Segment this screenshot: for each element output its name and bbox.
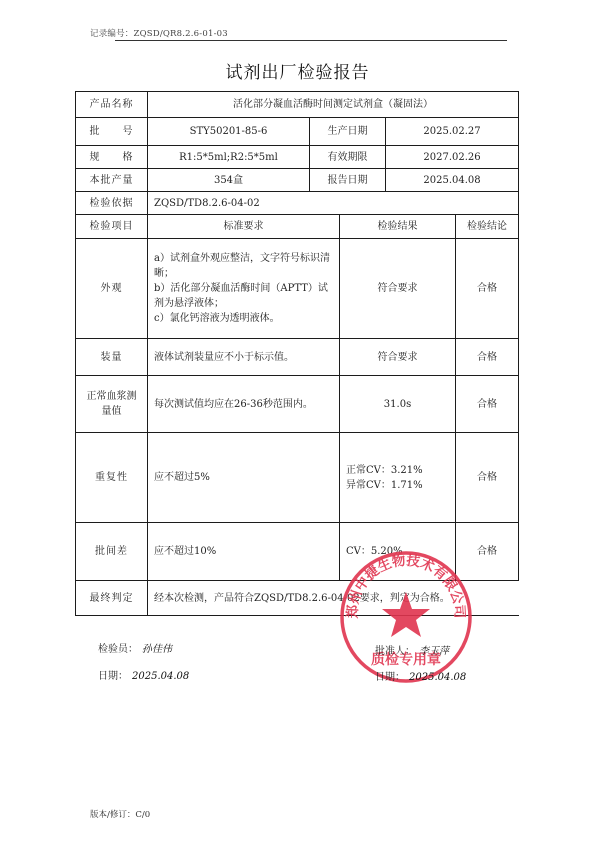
approver-date-label: 日期：: [375, 672, 405, 683]
header-conclusion: 检验结论: [456, 215, 519, 239]
header-item: 检验项目: [76, 215, 148, 239]
item-result: 31.0s: [340, 376, 456, 433]
header-divider: [115, 40, 507, 41]
row-basis: 检验依据 ZQSD/TD8.2.6-04-02: [76, 192, 519, 215]
approver-date-value: 2025.04.08: [409, 672, 466, 683]
approver-date: 日期：2025.04.08: [375, 668, 466, 683]
item-row-appearance: 外观 a）试剂盒外观应整洁，文字符号标识清晰； b）活化部分凝血活酶时间（APT…: [76, 239, 519, 339]
expiry-label: 有效期限: [310, 146, 386, 169]
item-conclusion: 合格: [456, 433, 519, 523]
standard-line: c）氯化钙溶液为透明液体。: [154, 311, 335, 326]
item-standard: 应不超过5%: [148, 433, 340, 523]
spec-value: R1:5*5ml;R2:5*5ml: [148, 146, 310, 169]
production-date-value: 2025.02.27: [386, 118, 519, 146]
quantity-value: 354盒: [148, 169, 310, 192]
inspector-signature-value: 孙佳伟: [142, 644, 172, 655]
spec-label: 规 格: [76, 146, 148, 169]
row-batch: 批 号 STY50201-85-6 生产日期 2025.02.27: [76, 118, 519, 146]
basis-label: 检验依据: [76, 192, 148, 215]
inspector-signature: 检验员：孙佳伟: [98, 640, 172, 655]
item-standard: 应不超过10%: [148, 523, 340, 581]
result-line: 异常CV：1.71%: [346, 478, 451, 493]
item-conclusion: 合格: [456, 339, 519, 376]
approver-signature: 批准人：李玉萍: [375, 642, 449, 657]
item-row-normal-plasma: 正常血浆测量值 每次测试值均应在26-36秒范围内。 31.0s 合格: [76, 376, 519, 433]
expiry-value: 2027.02.26: [386, 146, 519, 169]
report-title: 试剂出厂检验报告: [0, 58, 595, 83]
row-spec: 规 格 R1:5*5ml;R2:5*5ml 有效期限 2027.02.26: [76, 146, 519, 169]
standard-line: b）活化部分凝血活酶时间（APTT）试剂为悬浮液体；: [154, 281, 335, 311]
approver-label: 批准人：: [375, 646, 415, 657]
final-judgment-label: 最终判定: [76, 581, 148, 616]
inspector-date: 日期：2025.04.08: [98, 667, 189, 682]
item-row-fill-volume: 装量 液体试剂装量应不小于标示值。 符合要求 合格: [76, 339, 519, 376]
item-standard: 液体试剂装量应不小于标示值。: [148, 339, 340, 376]
product-name-label: 产品名称: [76, 92, 148, 118]
item-name: 正常血浆测量值: [76, 376, 148, 433]
inspector-date-value: 2025.04.08: [132, 671, 189, 682]
item-standard: a）试剂盒外观应整洁，文字符号标识清晰； b）活化部分凝血活酶时间（APTT）试…: [148, 239, 340, 339]
item-conclusion: 合格: [456, 239, 519, 339]
record-number-value: ZQSD/QR8.2.6-01-03: [134, 29, 228, 39]
row-product-name: 产品名称 活化部分凝血活酶时间测定试剂盒（凝固法）: [76, 92, 519, 118]
batch-value: STY50201-85-6: [148, 118, 310, 146]
production-date-label: 生产日期: [310, 118, 386, 146]
item-name: 装量: [76, 339, 148, 376]
quality-inspection-stamp: 郑州中捷生物技术有限公司 质检专用章: [337, 548, 475, 686]
header-standard: 标准要求: [148, 215, 340, 239]
approver-signature-value: 李玉萍: [419, 646, 449, 657]
header-result: 检验结果: [340, 215, 456, 239]
basis-value: ZQSD/TD8.2.6-04-02: [148, 192, 519, 215]
item-result: 符合要求: [340, 239, 456, 339]
stamp-seal-icon: 郑州中捷生物技术有限公司 质检专用章: [337, 548, 475, 686]
item-result: 正常CV：3.21% 异常CV：1.71%: [340, 433, 456, 523]
product-name-value: 活化部分凝血活酶时间测定试剂盒（凝固法）: [148, 92, 519, 118]
report-date-label: 报告日期: [310, 169, 386, 192]
inspection-report-table: 产品名称 活化部分凝血活酶时间测定试剂盒（凝固法） 批 号 STY50201-8…: [75, 91, 518, 616]
row-items-header: 检验项目 标准要求 检验结果 检验结论: [76, 215, 519, 239]
record-number: 记录编号：ZQSD/QR8.2.6-01-03: [90, 27, 228, 39]
item-result: 符合要求: [340, 339, 456, 376]
result-line: 正常CV：3.21%: [346, 463, 451, 478]
quantity-label: 本批产量: [76, 169, 148, 192]
item-row-repeatability: 重复性 应不超过5% 正常CV：3.21% 异常CV：1.71% 合格: [76, 433, 519, 523]
report-date-value: 2025.04.08: [386, 169, 519, 192]
item-name: 重复性: [76, 433, 148, 523]
record-number-label: 记录编号：: [90, 29, 134, 39]
item-name: 外观: [76, 239, 148, 339]
standard-line: a）试剂盒外观应整洁，文字符号标识清晰；: [154, 251, 335, 281]
batch-label: 批 号: [76, 118, 148, 146]
item-conclusion: 合格: [456, 376, 519, 433]
item-name: 批间差: [76, 523, 148, 581]
version-revision: 版本/修订：C/0: [90, 808, 150, 820]
row-quantity: 本批产量 354盒 报告日期 2025.04.08: [76, 169, 519, 192]
item-standard: 每次测试值均应在26-36秒范围内。: [148, 376, 340, 433]
inspector-date-label: 日期：: [98, 671, 128, 682]
inspector-label: 检验员：: [98, 644, 138, 655]
